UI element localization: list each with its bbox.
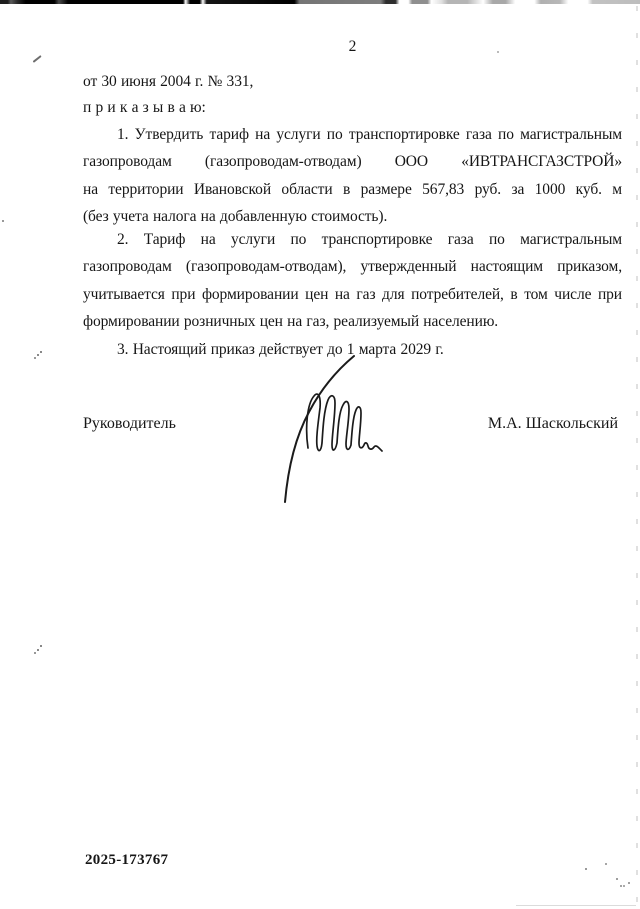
document-page: 2 от 30 июня 2004 г. № 331, п р и к а з … [0,0,640,909]
decree-word: п р и к а з ы в а ю: [83,94,622,121]
scan-speckle-artifacts [0,0,2,2]
paragraph-line: газопроводам (газопроводам-отводам), утв… [83,253,622,280]
signature-name: М.А. Шаскольский [488,413,622,435]
paragraph-line: газопроводам (газопроводам-отводам) ООО … [83,148,622,175]
scan-slash-artifact [33,55,42,62]
paragraph-line: 2. Тариф на услуги по транспортировке га… [83,226,622,253]
paragraph-line: формировании розничных цен на газ, реали… [83,308,622,335]
handwritten-signature-icon [273,348,388,510]
page-number: 2 [83,37,622,57]
paragraph-2: 2. Тариф на услуги по транспортировке га… [83,226,622,336]
paragraph-1: 1. Утвердить тариф на услуги по транспор… [83,121,622,231]
paragraph-line: 1. Утвердить тариф на услуги по транспор… [83,121,622,148]
paragraph-line: учитывается при формировании цен на газ … [83,281,622,308]
paragraph-line: на территории Ивановской области в разме… [83,176,622,203]
date-reference-line: от 30 июня 2004 г. № 331, [83,68,622,95]
document-code: 2025-173767 [85,851,168,869]
scan-right-edge-artifact [636,6,638,904]
signature-role: Руководитель [83,413,176,435]
